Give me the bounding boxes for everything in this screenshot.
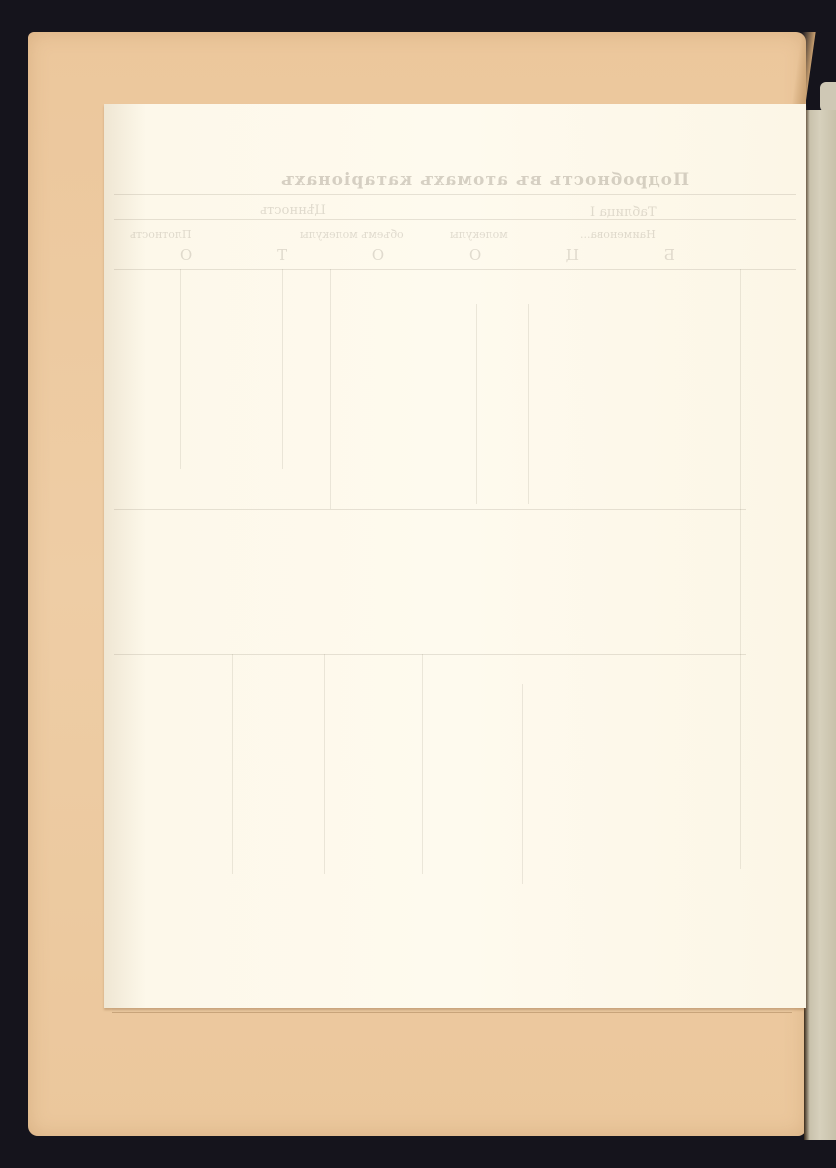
adjacent-page-edge-top — [820, 82, 836, 112]
bleed-column-rule — [476, 304, 477, 504]
bleed-column-rule — [330, 269, 331, 509]
bleed-row1-right: Цѣнность — [260, 203, 326, 218]
bleed-column-letters: Б Ц О О Т О — [140, 246, 675, 264]
bleed-rule — [114, 509, 746, 510]
bleed-column-rule — [522, 684, 523, 884]
bleed-row1-left: Таблица I — [590, 205, 657, 220]
bleed-column-rule — [324, 654, 325, 874]
bleed-rule — [114, 654, 746, 655]
bleed-rule — [114, 269, 796, 270]
bleed-title: Подробность въ атомахъ катаріонахъ — [280, 170, 689, 190]
bleed-rule — [114, 194, 796, 195]
torn-corner — [790, 32, 815, 112]
bleed-row2-c: объемъ молекулы — [300, 228, 404, 241]
bleed-column-rule — [422, 654, 423, 874]
bleed-column-rule — [740, 269, 741, 869]
bleed-row2-a: Наименова... — [580, 228, 656, 241]
adjacent-page-edge — [804, 110, 836, 1140]
bleed-row2-d: Плотность — [130, 228, 191, 241]
bleed-rule — [114, 219, 796, 220]
bleed-column-rule — [282, 269, 283, 469]
bleed-row2-b: молекулы — [450, 228, 508, 241]
bleed-column-rule — [528, 304, 529, 504]
bleed-column-rule — [232, 654, 233, 874]
bleed-column-rule — [180, 269, 181, 469]
